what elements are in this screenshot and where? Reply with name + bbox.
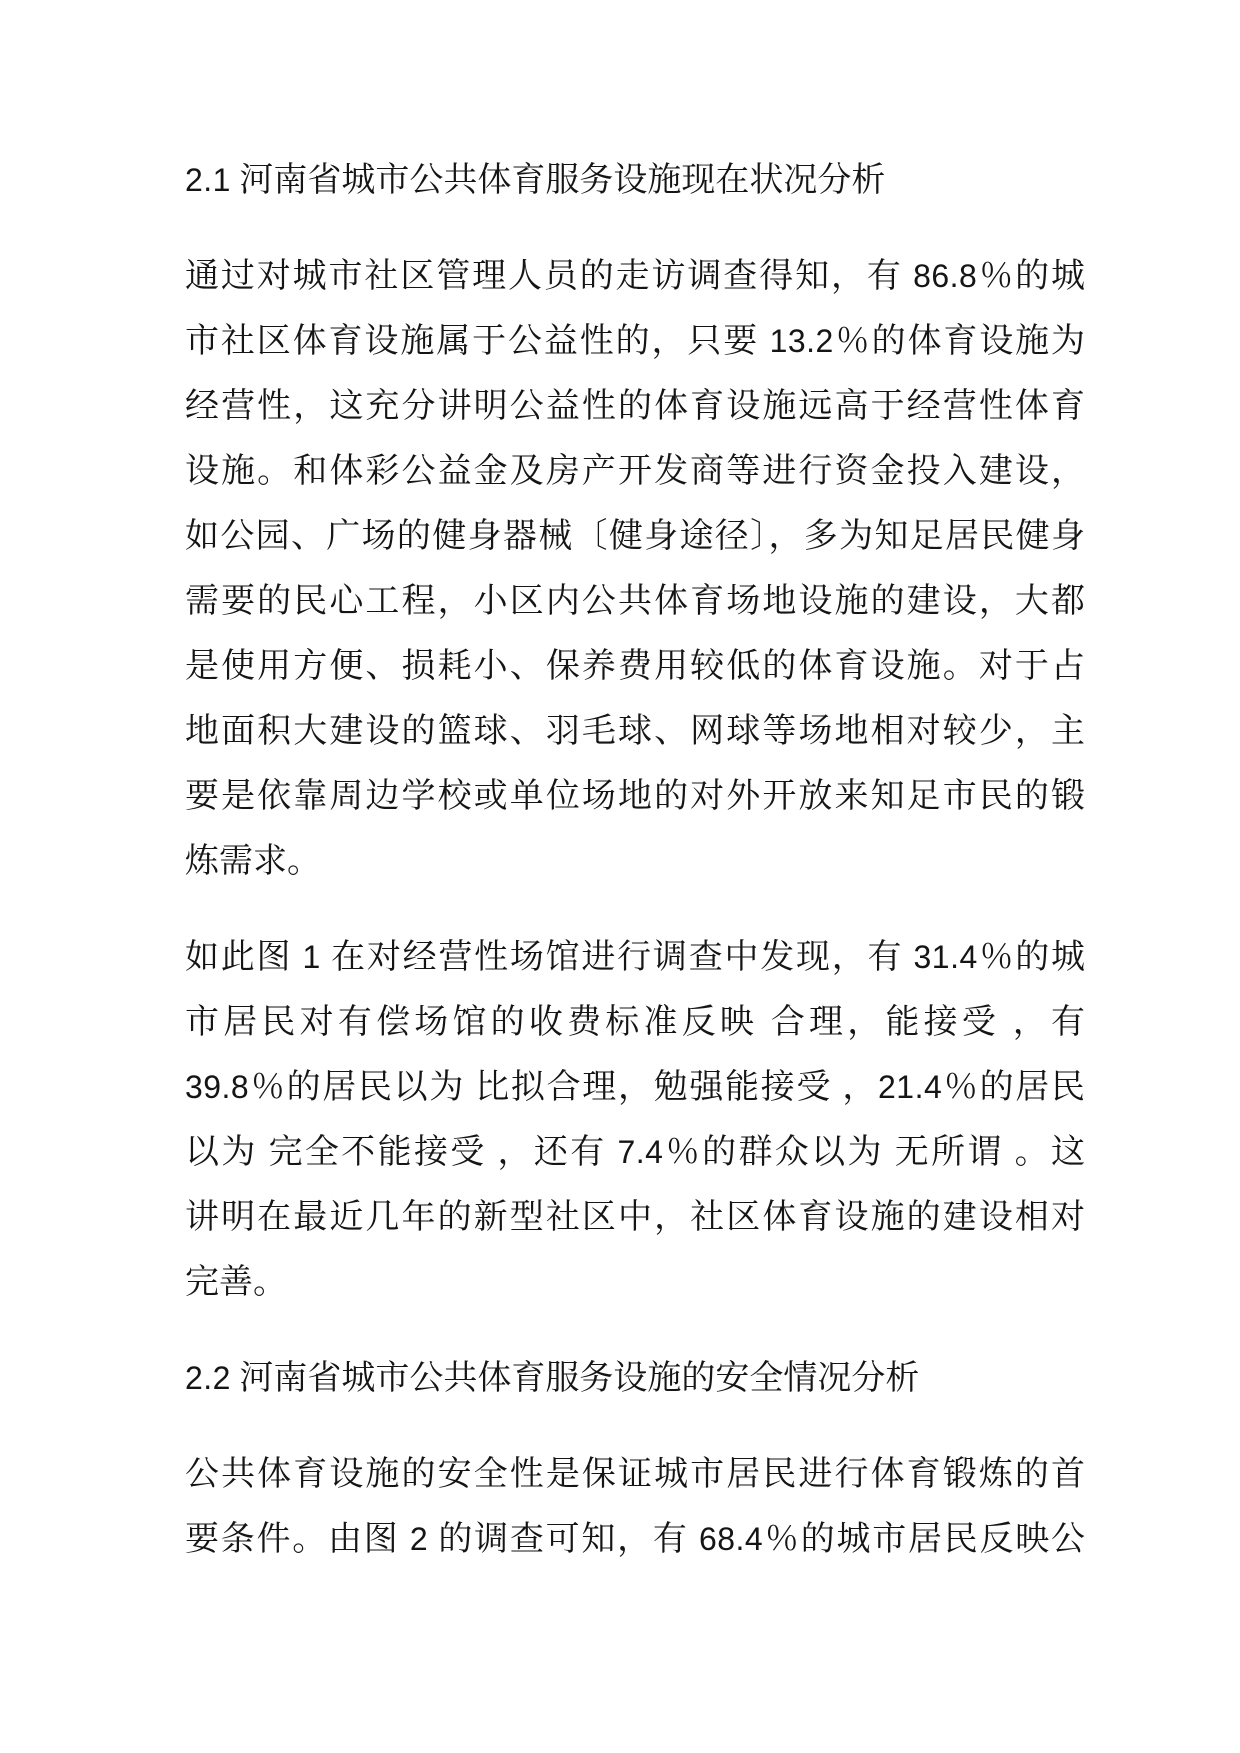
numeric-text: 68.4 <box>699 1521 763 1557</box>
text-line: 炼需求。 <box>185 829 1085 894</box>
text-line: 地面积大建设的篮球、羽毛球、网球等场地相对较少，主 <box>185 699 1085 764</box>
text-line: 公共体育设施的安全性是保证城市居民进行体育锻炼的首 <box>185 1442 1085 1507</box>
numeric-text: 39.8 <box>185 1069 249 1105</box>
section-heading-2-2: 2.2 河南省城市公共体育服务设施的安全情况分析 <box>185 1346 1085 1411</box>
text-line: 要是依靠周边学校或单位场地的对外开放来知足市民的锻 <box>185 764 1085 829</box>
paragraph-safety-analysis: 公共体育设施的安全性是保证城市居民进行体育锻炼的首要条件。由图 2 的调查可知，… <box>185 1442 1085 1572</box>
text-line: 通过对城市社区管理人员的走访调查得知，有 86.8％的城 <box>185 244 1085 309</box>
text-line: 需要的民心工程，小区内公共体育场地设施的建设，大都 <box>185 569 1085 634</box>
numeric-text: 13.2 <box>770 323 834 359</box>
content-area: 2.1 河南省城市公共体育服务设施现在状况分析 通过对城市社区管理人员的走访调查… <box>185 148 1085 1572</box>
text-line: 要条件。由图 2 的调查可知，有 68.4％的城市居民反映公 <box>185 1507 1085 1572</box>
numeric-text: 7.4 <box>617 1134 663 1170</box>
paragraph-fee-survey: 如此图 1 在对经营性场馆进行调查中发现，有 31.4％的城市居民对有偿场馆的收… <box>185 925 1085 1315</box>
text-line: 市社区体育设施属于公益性的，只要 13.2％的体育设施为 <box>185 309 1085 374</box>
numeric-text: 2.1 <box>185 162 231 198</box>
section-heading-2-1: 2.1 河南省城市公共体育服务设施现在状况分析 <box>185 148 1085 213</box>
numeric-text: 2.2 <box>185 1360 231 1396</box>
text-line: 完善。 <box>185 1250 1085 1315</box>
text-line: 2.1 河南省城市公共体育服务设施现在状况分析 <box>185 148 1085 213</box>
document-page: { "colors": { "background": "#ffffff", "… <box>0 0 1240 1753</box>
text-line: 39.8％的居民以为 比拟合理，勉强能接受 ，21.4％的居民 <box>185 1055 1085 1120</box>
text-line: 讲明在最近几年的新型社区中，社区体育设施的建设相对 <box>185 1185 1085 1250</box>
numeric-text: 2 <box>410 1521 428 1557</box>
text-line: 是使用方便、损耗小、保养费用较低的体育设施。对于占 <box>185 634 1085 699</box>
numeric-text: 31.4 <box>914 939 978 975</box>
text-line: 如公园、广场的健身器械〔健身途径〕，多为知足居民健身 <box>185 504 1085 569</box>
paragraph-facilities-status: 通过对城市社区管理人员的走访调查得知，有 86.8％的城市社区体育设施属于公益性… <box>185 244 1085 894</box>
numeric-text: 86.8 <box>913 258 977 294</box>
text-line: 经营性，这充分讲明公益性的体育设施远高于经营性体育 <box>185 374 1085 439</box>
text-line: 以为 完全不能接受 ，还有 7.4％的群众以为 无所谓 。这 <box>185 1120 1085 1185</box>
document-canvas: 2.1 河南省城市公共体育服务设施现在状况分析 通过对城市社区管理人员的走访调查… <box>0 0 1240 1753</box>
text-line: 设施。和体彩公益金及房产开发商等进行资金投入建设， <box>185 439 1085 504</box>
text-line: 如此图 1 在对经营性场馆进行调查中发现，有 31.4％的城 <box>185 925 1085 990</box>
text-line: 2.2 河南省城市公共体育服务设施的安全情况分析 <box>185 1346 1085 1411</box>
numeric-text: 21.4 <box>878 1069 942 1105</box>
numeric-text: 1 <box>303 939 321 975</box>
text-line: 市居民对有偿场馆的收费标准反映 合理，能接受 ，有 <box>185 990 1085 1055</box>
